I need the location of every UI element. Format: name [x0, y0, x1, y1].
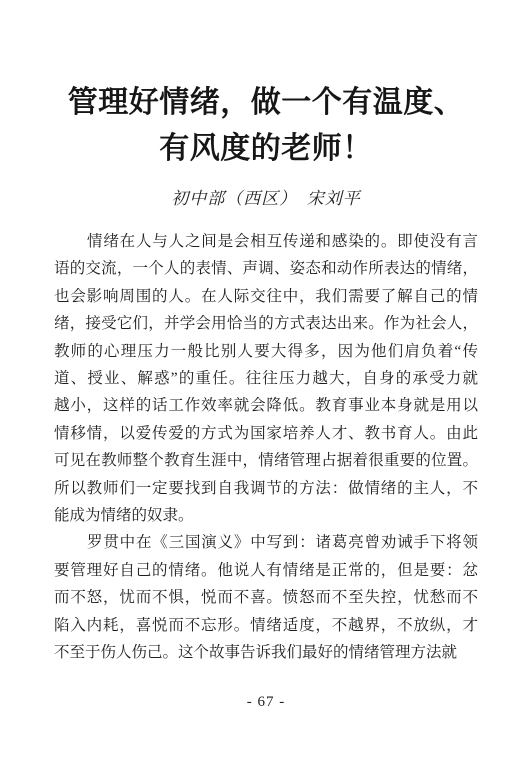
document-title: 管理好情绪，做一个有温度、 有风度的老师！ — [0, 80, 532, 172]
page-number: - 67 - — [0, 693, 532, 711]
body-line: 所以教师们一定要找到自我调节的方法：做情绪的主人，不 — [54, 475, 478, 502]
title-line-1: 管理好情绪，做一个有温度、 — [0, 80, 532, 126]
body-line: 越小，这样的话工作效率就会降低。教育事业本身就是用以 — [54, 392, 478, 419]
body-line: 陷入内耗，喜悦而不忘形。情绪适度，不越界，不放纵，才 — [54, 612, 478, 639]
body-text: 情绪在人与人之间是会相互传递和感染的。即使没有言语的交流，一个人的表情、声调、姿… — [54, 228, 478, 667]
author-byline: 初中部（西区） 宋刘平 — [0, 188, 532, 210]
body-line: 而不怒，忧而不惧，悦而不喜。愤怒而不至失控，忧愁而不 — [54, 584, 478, 611]
body-line: 绪，接受它们，并学会用恰当的方式表达出来。作为社会人， — [54, 310, 478, 337]
body-line: 语的交流，一个人的表情、声调、姿态和动作所表达的情绪， — [54, 255, 478, 282]
body-line: 情移情，以爱传爱的方式为国家培养人才、教书育人。由此 — [54, 420, 478, 447]
body-line: 能成为情绪的奴隶。 — [54, 502, 478, 529]
title-line-2: 有风度的老师！ — [0, 126, 532, 172]
body-line: 情绪在人与人之间是会相互传递和感染的。即使没有言 — [54, 228, 478, 255]
body-line: 教师的心理压力一般比别人要大得多，因为他们肩负着“传 — [54, 338, 478, 365]
body-line: 罗贯中在《三国演义》中写到：诸葛亮曾劝诫手下将领 — [54, 529, 478, 556]
body-line: 道、授业、解惑”的重任。往往压力越大，自身的承受力就 — [54, 365, 478, 392]
body-line: 也会影响周围的人。在人际交往中，我们需要了解自己的情 — [54, 283, 478, 310]
body-line: 可见在教师整个教育生涯中，情绪管理占据着很重要的位置。 — [54, 447, 478, 474]
body-line: 要管理好自己的情绪。他说人有情绪是正常的，但是要：忿 — [54, 557, 478, 584]
document-page: 管理好情绪，做一个有温度、 有风度的老师！ 初中部（西区） 宋刘平 情绪在人与人… — [0, 0, 532, 768]
body-line: 不至于伤人伤己。这个故事告诉我们最好的情绪管理方法就 — [54, 639, 478, 666]
